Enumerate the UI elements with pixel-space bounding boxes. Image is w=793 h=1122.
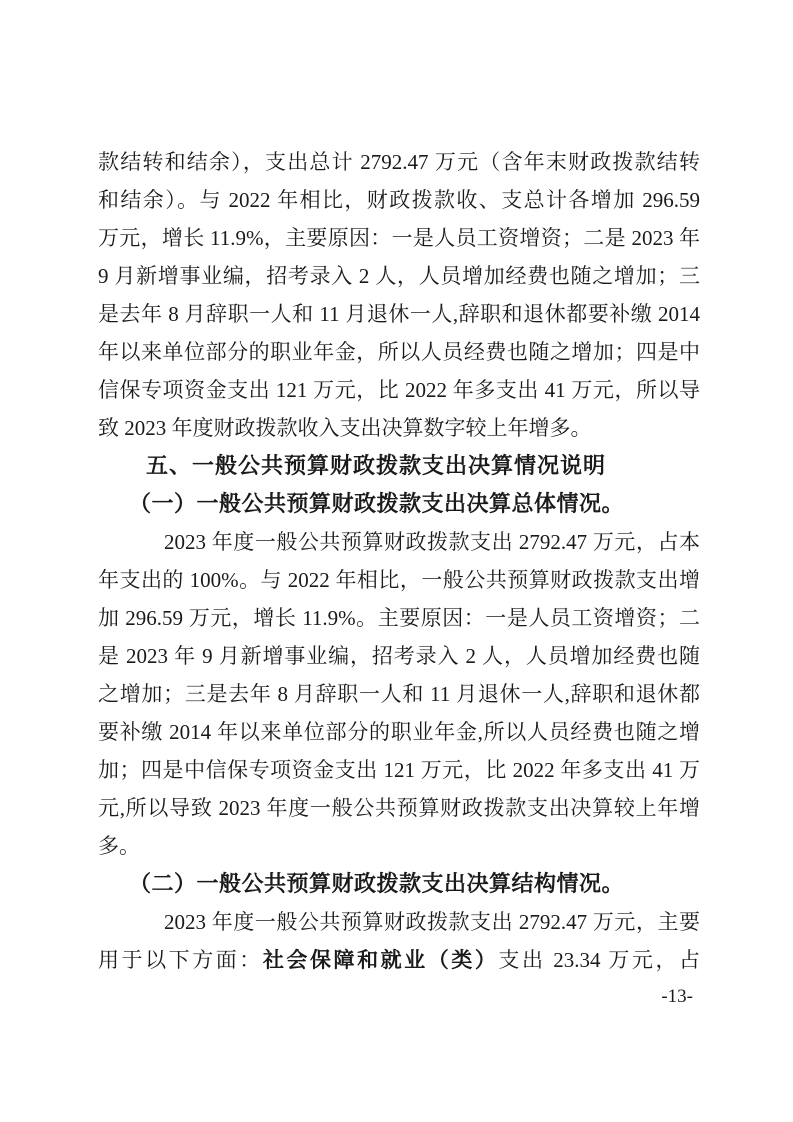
body-line: 用于以下方面：社会保障和就业（类）支出 23.34 万元，占 0.8%；: [98, 941, 700, 979]
text-block: 款结转和结余），支出总计 2792.47 万元（含年末财政拨款结转 和结余）。与…: [98, 143, 700, 979]
document-page: 款结转和结余），支出总计 2792.47 万元（含年末财政拨款结转 和结余）。与…: [0, 0, 793, 1122]
body-line: 多。: [98, 827, 700, 865]
body-line: 和结余）。与 2022 年相比，财政拨款收、支总计各增加 296.59: [98, 181, 700, 219]
body-line: 是去年 8 月辞职一人和 11 月退休一人,辞职和退休都要补缴 2014: [98, 295, 700, 333]
body-text: 用于以下方面：: [98, 948, 263, 972]
body-line: 是 2023 年 9 月新增事业编，招考录入 2 人，人员增加经费也随: [98, 637, 700, 675]
body-line: 元,所以导致 2023 年度一般公共预算财政拨款支出决算较上年增: [98, 789, 700, 827]
body-line: 致 2023 年度财政拨款收入支出决算数字较上年增多。: [98, 409, 700, 447]
body-line: 加 296.59 万元，增长 11.9%。主要原因：一是人员工资增资；二: [98, 599, 700, 637]
body-line: 信保专项资金支出 121 万元，比 2022 年多支出 41 万元，所以导: [98, 371, 700, 409]
body-line: 要补缴 2014 年以来单位部分的职业年金,所以人员经费也随之增: [98, 713, 700, 751]
subsection-heading: （二）一般公共预算财政拨款支出决算结构情况。: [98, 865, 700, 903]
body-line: 2023 年度一般公共预算财政拨款支出 2792.47 万元，占本: [98, 523, 700, 561]
page-number: -13-: [661, 986, 693, 1008]
subsection-heading: （一）一般公共预算财政拨款支出决算总体情况。: [98, 485, 700, 523]
body-line: 年以来单位部分的职业年金，所以人员经费也随之增加；四是中: [98, 333, 700, 371]
body-line: 万元，增长 11.9%，主要原因：一是人员工资增资；二是 2023 年: [98, 219, 700, 257]
body-line: 加；四是中信保专项资金支出 121 万元，比 2022 年多支出 41 万: [98, 751, 700, 789]
body-line: 9 月新增事业编，招考录入 2 人，人员增加经费也随之增加；三: [98, 257, 700, 295]
body-line: 2023 年度一般公共预算财政拨款支出 2792.47 万元，主要: [98, 903, 700, 941]
section-heading: 五、一般公共预算财政拨款支出决算情况说明: [98, 447, 700, 485]
body-line: 之增加；三是去年 8 月辞职一人和 11 月退休一人,辞职和退休都: [98, 675, 700, 713]
body-line: 年支出的 100%。与 2022 年相比，一般公共预算财政拨款支出增: [98, 561, 700, 599]
body-line: 款结转和结余），支出总计 2792.47 万元（含年末财政拨款结转: [98, 143, 700, 181]
emphasized-category-text: 社会保障和就业（类）: [263, 948, 499, 972]
